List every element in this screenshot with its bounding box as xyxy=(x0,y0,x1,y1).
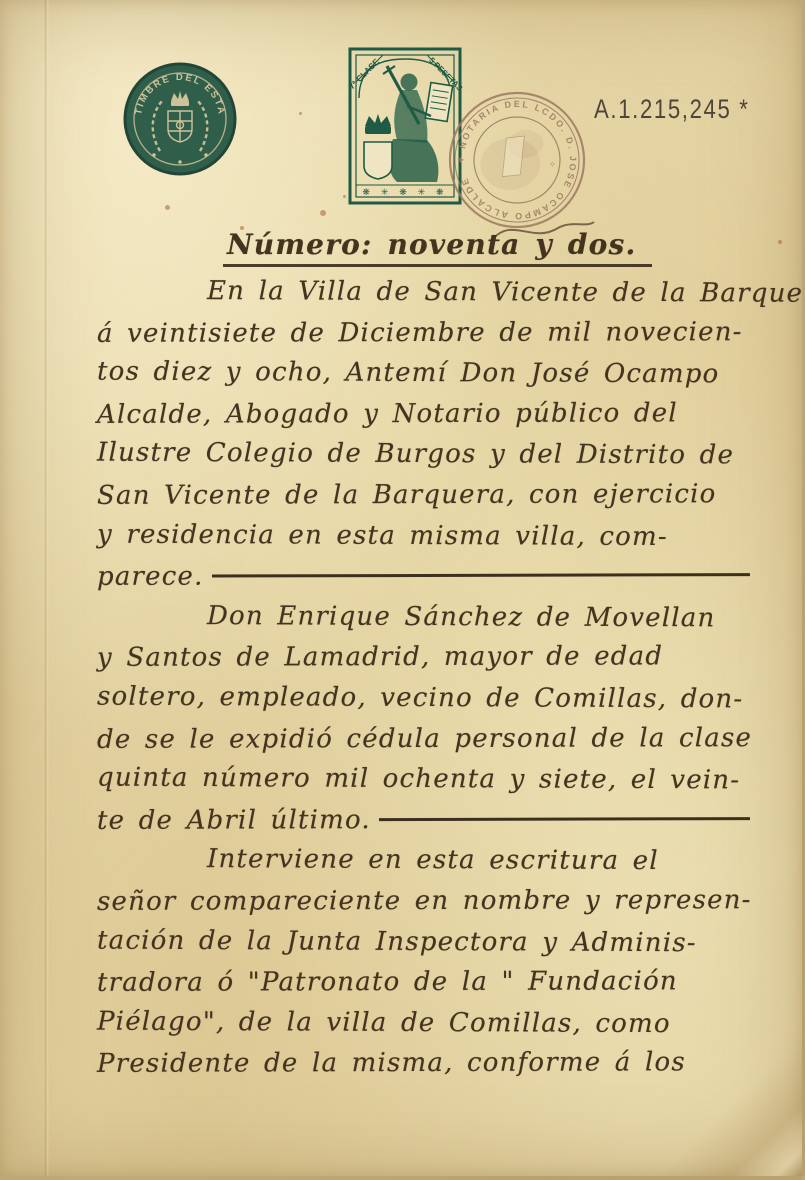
star-icon: ✧ xyxy=(548,160,557,171)
manuscript-line-text: En la Villa de San Vicente de la Barquer… xyxy=(85,276,805,309)
rust-spot xyxy=(165,205,170,210)
manuscript-line-text: parece. xyxy=(85,562,204,592)
rust-spot xyxy=(343,195,346,198)
tax-stamp-class-label: 7ª CLASE xyxy=(347,56,381,91)
rust-spot xyxy=(778,240,782,244)
document-body: En la Villa de San Vicente de la Barquer… xyxy=(85,277,750,1089)
manuscript-line: señor compareciente en nombre y represen… xyxy=(85,885,750,927)
document-title: Número: noventa y dos. xyxy=(223,228,652,267)
shield-icon xyxy=(364,142,392,179)
manuscript-line-text: tos diez y ocho, Antemí Don José Ocampo xyxy=(85,357,720,390)
manuscript-line: tos diez y ocho, Antemí Don José Ocampo xyxy=(85,357,750,400)
manuscript-line-text: y residencia en esta misma villa, com- xyxy=(85,519,668,552)
rust-spot xyxy=(320,210,326,216)
manuscript-line: Presidente de la misma, conforme á los xyxy=(85,1047,750,1089)
manuscript-line-text: de se le expidió cédula personal de la c… xyxy=(85,723,752,755)
manuscript-line-text: Alcalde, Abogado y Notario público del xyxy=(85,398,678,430)
manuscript-line-text: tradora ó "Patronato de la " Fundación xyxy=(85,966,678,998)
manuscript-line-text: Piélago", de la villa de Comillas, como xyxy=(85,1006,671,1039)
manuscript-line: parece. xyxy=(85,560,750,602)
manuscript-line: tación de la Junta Inspectora y Adminis- xyxy=(85,925,750,968)
ink-rule xyxy=(212,573,750,577)
manuscript-line: te de Abril último. xyxy=(85,804,750,846)
manuscript-line: En la Villa de San Vicente de la Barquer… xyxy=(85,276,750,319)
ink-rule xyxy=(379,817,750,821)
notary-center-emblem: ✧ xyxy=(477,127,559,193)
manuscript-line: y residencia en esta misma villa, com- xyxy=(85,519,750,562)
rust-spot xyxy=(299,112,302,115)
manuscript-line: Alcalde, Abogado y Notario público del xyxy=(85,398,750,440)
manuscript-line: Piélago", de la villa de Comillas, como xyxy=(85,1006,750,1049)
document-page: TIMBRE DEL ESTADO xyxy=(0,0,805,1180)
manuscript-line-text: señor compareciente en nombre y represen… xyxy=(85,885,752,917)
manuscript-line: y Santos de Lamadrid, mayor de edad xyxy=(85,641,750,683)
manuscript-line-text: quinta número mil ochenta y siete, el ve… xyxy=(85,763,740,796)
manuscript-line-text: y Santos de Lamadrid, mayor de edad xyxy=(85,642,663,674)
serial-number: A.1.215,245 * xyxy=(594,94,750,125)
manuscript-line-text: te de Abril último. xyxy=(85,805,371,836)
paper-crease xyxy=(44,0,49,1176)
manuscript-line: quinta número mil ochenta y siete, el ve… xyxy=(85,763,750,806)
manuscript-line: á veintisiete de Diciembre de mil noveci… xyxy=(85,317,750,359)
manuscript-line: soltero, empleado, vecino de Comillas, d… xyxy=(85,681,750,724)
manuscript-line: Ilustre Colegio de Burgos y del Distrito… xyxy=(85,438,750,481)
manuscript-line: tradora ó "Patronato de la " Fundación xyxy=(85,966,750,1008)
timbre-del-estado-seal: TIMBRE DEL ESTADO xyxy=(120,59,240,179)
manuscript-line-text: Don Enrique Sánchez de Movellan xyxy=(85,600,716,633)
manuscript: Número: noventa y dos. En la Villa de Sa… xyxy=(85,228,750,1089)
crown-icon xyxy=(365,114,391,134)
manuscript-line-text: tación de la Junta Inspectora y Adminis- xyxy=(85,925,697,958)
manuscript-line: de se le expidió cédula personal de la c… xyxy=(85,723,750,765)
manuscript-line: Interviene en esta escritura el xyxy=(85,844,750,887)
manuscript-line: Don Enrique Sánchez de Movellan xyxy=(85,600,750,643)
manuscript-line: San Vicente de la Barquera, con ejercici… xyxy=(85,479,750,521)
manuscript-line-text: Presidente de la misma, conforme á los xyxy=(85,1048,686,1080)
manuscript-line-text: Interviene en esta escritura el xyxy=(85,844,659,877)
manuscript-line-text: á veintisiete de Diciembre de mil noveci… xyxy=(85,317,743,349)
manuscript-line-text: San Vicente de la Barquera, con ejercici… xyxy=(85,479,717,511)
manuscript-line-text: soltero, empleado, vecino de Comillas, d… xyxy=(85,681,743,714)
manuscript-line-text: Ilustre Colegio de Burgos y del Distrito… xyxy=(85,438,734,471)
